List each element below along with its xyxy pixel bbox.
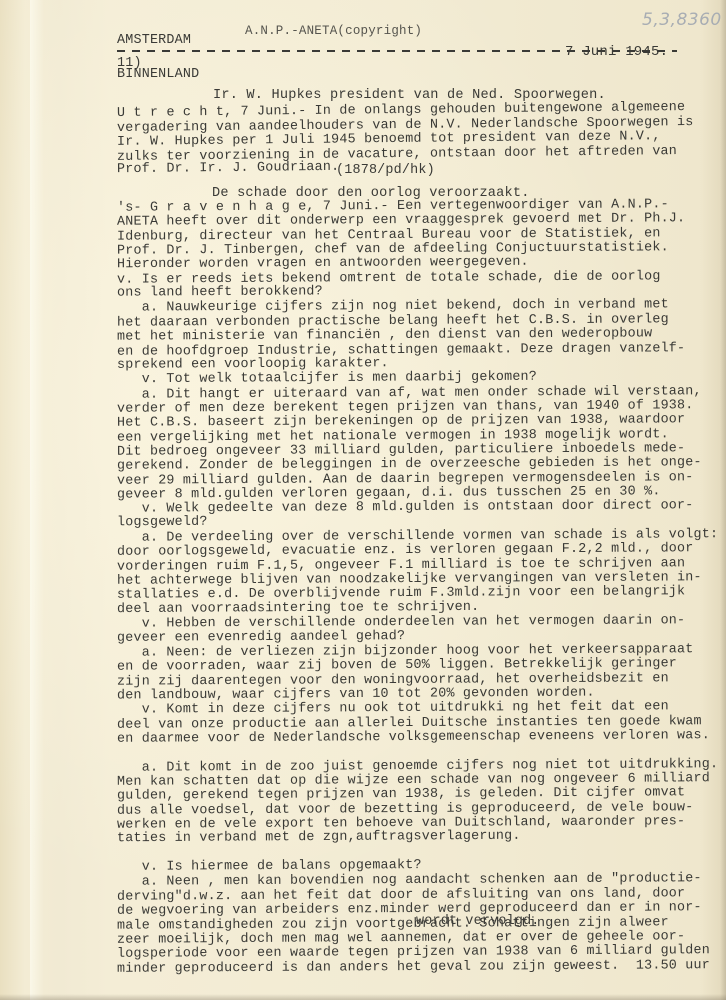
text-line: taties in verband met de zgn,auftragsver… <box>117 830 521 846</box>
article1-reference: (1878/pd/hk) <box>336 164 435 178</box>
document-page: 5,3,8360 AMSTERDAM A.N.P.-ANETA(copyrigh… <box>0 0 726 1000</box>
text-line: Prof. Dr. Ir. J. Goudriaan. <box>117 161 340 177</box>
header-date: 7 Juni 1945. <box>565 45 668 59</box>
text-line: ons land heeft berokkend? <box>117 285 323 300</box>
header-agency-copyright: A.N.P.-ANETA(copyright) <box>245 24 422 38</box>
section-label: BINNENLAND <box>117 68 199 82</box>
paper-right-edge <box>720 0 726 1000</box>
text-line: minder geproduceerd is dan anders het ge… <box>117 959 710 977</box>
paper-fold-shadow <box>30 0 44 1000</box>
text-line: logsgeweld? <box>117 515 208 530</box>
text-line: geveer een evenredig aandeel gehad? <box>117 630 405 646</box>
pencil-archive-number: 5,3,8360 <box>642 10 722 30</box>
text-line: en daarmee voor de Nederlandsche volksge… <box>117 729 710 747</box>
continuation-note: wordt vervolgd. <box>416 915 540 929</box>
header-city: AMSTERDAM <box>117 34 191 48</box>
paper-bottom-edge <box>0 994 726 1000</box>
